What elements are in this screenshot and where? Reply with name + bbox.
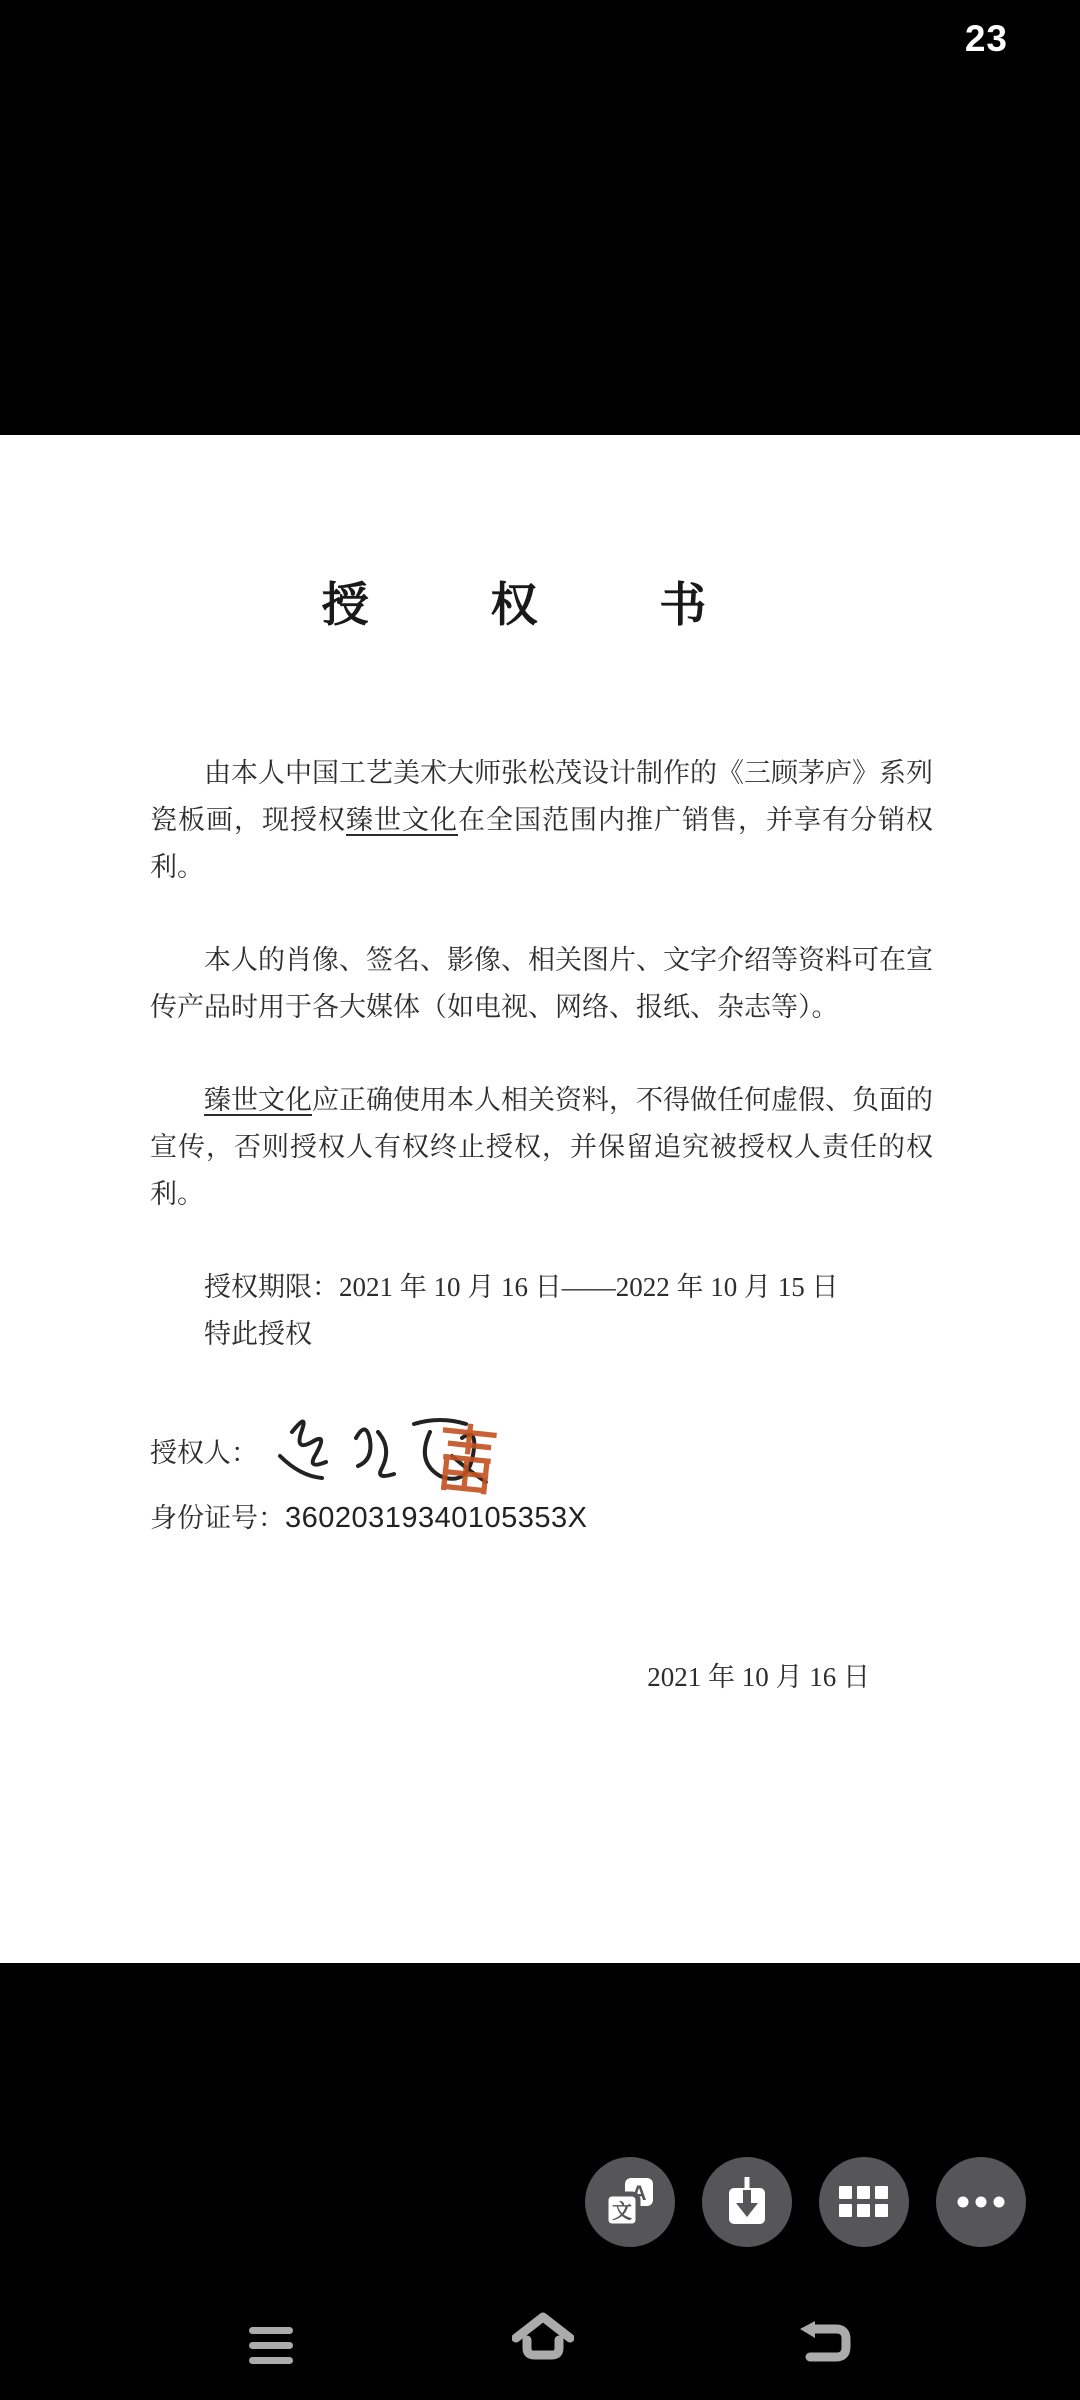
paragraph-1: 由本人中国工艺美术大师张松茂设计制作的《三顾茅庐》系列瓷板画，现授权臻世文化在全… [150, 750, 933, 891]
paragraph-2: 本人的肖像、签名、影像、相关图片、文字介绍等资料可在宣传产品时用于各大媒体（如电… [150, 937, 933, 1031]
id-value: 36020319340105353X [285, 1502, 588, 1534]
id-number-row: 身份证号：36020319340105353X [150, 1495, 933, 1542]
paragraph-1-underlined-company: 臻世文化 [346, 805, 458, 835]
document-date: 2021 年 10 月 16 日 [150, 1654, 933, 1701]
home-button[interactable] [498, 2303, 588, 2369]
image-toolbar: A 文 [585, 2157, 1026, 2247]
download-icon [720, 2175, 774, 2229]
bottom-bar: A 文 [0, 1963, 1080, 2400]
recents-menu-button[interactable] [226, 2313, 316, 2379]
signer-label: 授权人： [150, 1430, 258, 1477]
document-title: 授 权 书 [150, 583, 933, 630]
svg-text:文: 文 [612, 2200, 632, 2223]
document-page[interactable]: 授 权 书 由本人中国工艺美术大师张松茂设计制作的《三顾茅庐》系列瓷板画，现授权… [0, 435, 1080, 1963]
id-label: 身份证号： [150, 1503, 285, 1533]
paragraph-3: 臻世文化应正确使用本人相关资料，不得做任何虚假、负面的宣传，否则授权人有权终止授… [150, 1077, 933, 1218]
document-body: 由本人中国工艺美术大师张松茂设计制作的《三顾茅庐》系列瓷板画，现授权臻世文化在全… [150, 750, 933, 1701]
page-indicator: 23 [965, 18, 1008, 60]
back-button[interactable] [780, 2309, 870, 2375]
paragraph-2-text: 本人的肖像、签名、影像、相关图片、文字介绍等资料可在宣传产品时用于各大媒体（如电… [150, 945, 933, 1022]
menu-icon [249, 2327, 293, 2365]
home-icon [512, 2312, 574, 2360]
paragraph-3-underlined-company: 臻世文化 [204, 1085, 312, 1115]
seal-stamp-icon [431, 1420, 502, 1498]
download-button[interactable] [702, 2157, 792, 2247]
authorization-term-line: 授权期限：2021 年 10 月 16 日——2022 年 10 月 15 日 [150, 1264, 933, 1311]
more-button[interactable] [936, 2157, 1026, 2247]
translate-icon: A 文 [603, 2175, 657, 2229]
back-icon [798, 2320, 852, 2364]
grid-button[interactable] [819, 2157, 909, 2247]
translate-button[interactable]: A 文 [585, 2157, 675, 2247]
more-icon [957, 2196, 1005, 2208]
grid-icon [839, 2186, 889, 2218]
hereby-authorize-line: 特此授权 [150, 1311, 933, 1358]
android-navbar [0, 2303, 1080, 2383]
signer-row: 授权人： [150, 1413, 933, 1493]
